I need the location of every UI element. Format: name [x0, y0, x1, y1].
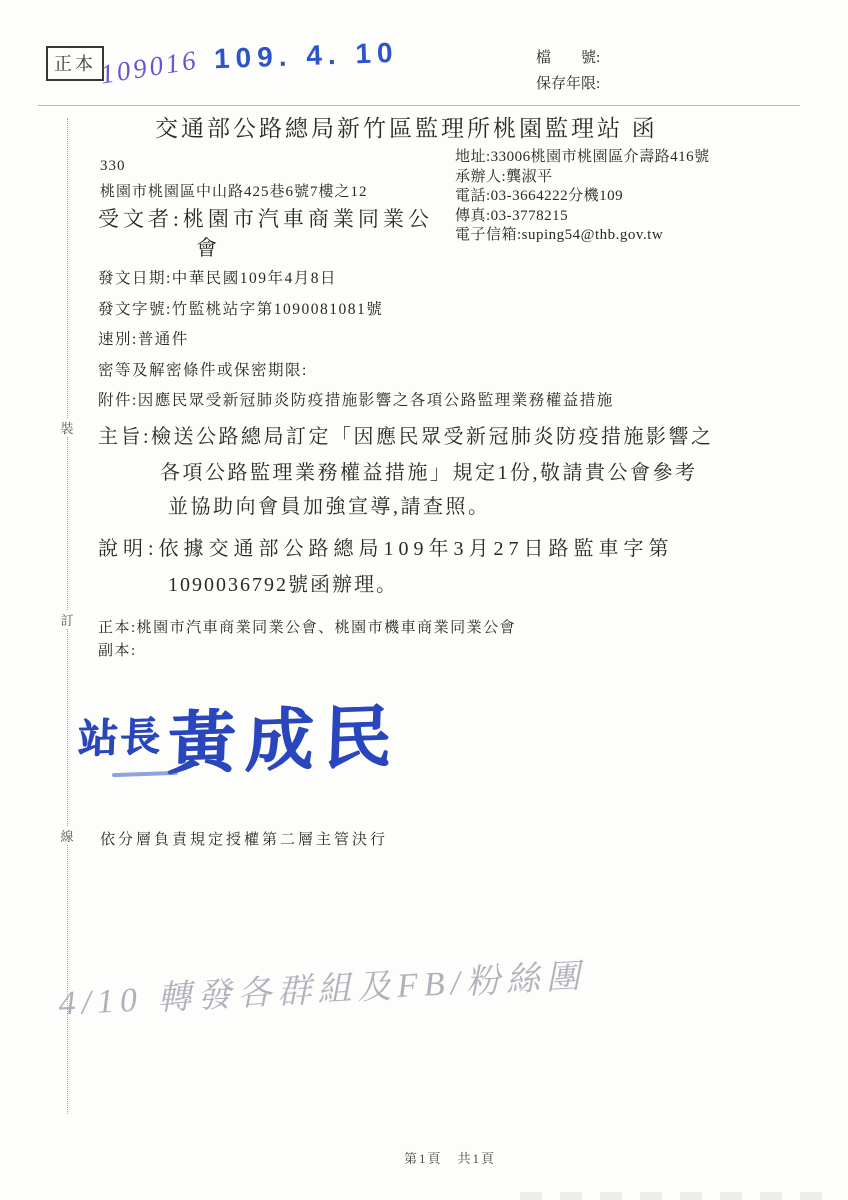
sender-address: 地址:33006桃園市桃園區介壽路416號: [455, 148, 710, 168]
binding-char-ding: 訂: [57, 610, 77, 629]
signer-title: 站長: [77, 714, 163, 762]
recipient-address: 桃園市桃園區中山路425巷6號7樓之12: [100, 180, 368, 201]
subject-line-2: 各項公路監理業務權益措施」規定1份,敬請貴公會參考: [160, 456, 698, 485]
recipient-line1: 受文者:桃園市汽車商業同業公: [98, 203, 433, 233]
document-meta-block: 發文日期:中華民國109年4月8日 發文字號:竹監桃站字第1090081081號…: [98, 266, 614, 419]
handwritten-pencil-note: 4/10 轉發各群組及FB/粉絲團: [57, 948, 587, 1025]
attachment-line: 附件:因應民眾受新冠肺炎防疫措施影響之各項公路監理業務權益措施: [98, 388, 614, 410]
sender-contact-block: 地址:33006桃園市桃園區介壽路416號 承辦人:龔淑平 電話:03-3664…: [455, 148, 710, 246]
authorization-note: 依分層負責規定授權第二層主管決行: [100, 828, 388, 849]
binding-char-xian: 線: [57, 826, 77, 845]
subject-line-3: 並協助向會員加強宣導,請查照。: [168, 490, 491, 519]
description-line-1: 說明:依據交通部公路總局109年3月27日路監車字第: [98, 532, 674, 561]
subject-line-1: 主旨:檢送公路總局訂定「因應民眾受新冠肺炎防疫措施影響之: [98, 420, 714, 449]
signer-name: 黃成民: [167, 698, 404, 782]
description-line-2: 1090036792號函辦理。: [168, 568, 398, 597]
distribution-original: 正本:桃園市汽車商業同業公會、桃園市機車商業同業公會: [98, 616, 516, 637]
binding-char-zhuang: 裝: [57, 418, 77, 437]
document-title: 交通部公路總局新竹區監理所桃園監理站 函: [155, 110, 658, 143]
speed-class: 速別:普通件: [98, 327, 614, 349]
handwritten-serial-number: 109016: [98, 44, 201, 90]
received-date-stamp: 109. 4. 10: [213, 37, 399, 75]
contact-fax: 傳真:03-3778215: [455, 207, 710, 227]
distribution-copy: 副本:: [98, 639, 137, 660]
recipient-postal-code: 330: [100, 158, 126, 175]
contact-person: 承辦人:龔淑平: [455, 168, 710, 188]
recipient-line2: 會: [196, 232, 221, 262]
copy-type-stamp: 正本: [46, 46, 104, 81]
document-number: 發文字號:竹監桃站字第1090081081號: [98, 297, 614, 319]
retention-period-label: 保存年限:: [536, 72, 600, 93]
security-class: 密等及解密條件或保密期限:: [98, 358, 614, 380]
scanned-official-letter: 正本 109016 109. 4. 10 檔 號: 保存年限: 交通部公路總局新…: [0, 0, 848, 1200]
scan-edge-artifact: [520, 1192, 840, 1200]
contact-email: 電子信箱:suping54@thb.gov.tw: [455, 226, 710, 246]
header-divider: [38, 105, 800, 106]
contact-phone: 電話:03-3664222分機109: [455, 187, 710, 207]
page-number: 第1頁 共1頁: [404, 1148, 496, 1167]
file-number-label: 檔 號:: [536, 46, 600, 67]
issue-date: 發文日期:中華民國109年4月8日: [98, 266, 614, 288]
